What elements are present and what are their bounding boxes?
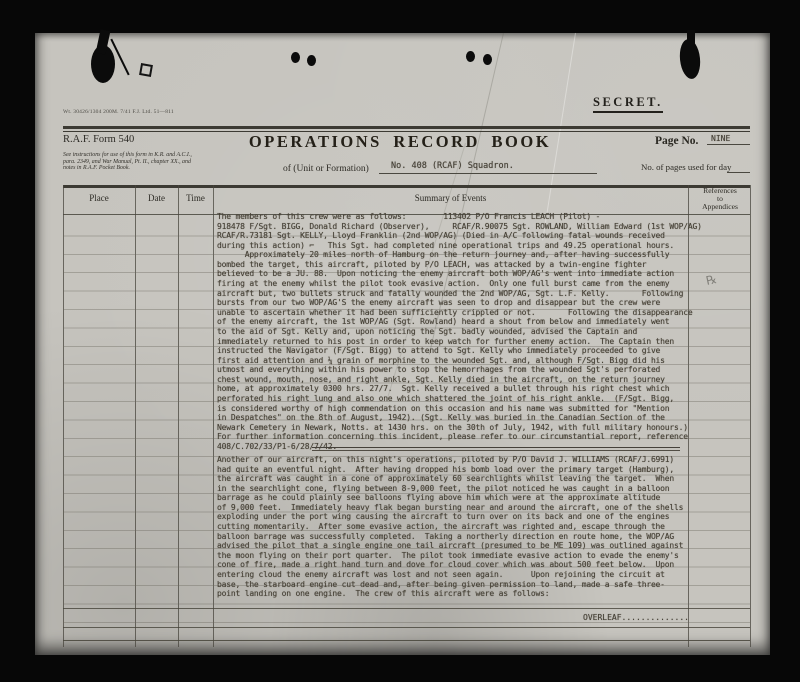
pages-used-underline bbox=[727, 172, 750, 173]
record-book-page: Wt. 30426/1304 200M. 7/41 F.J. Ltd. 51—8… bbox=[35, 33, 770, 655]
column-header-place: Place bbox=[63, 193, 135, 203]
column-header-date: Date bbox=[135, 193, 178, 203]
header-rule-thick bbox=[63, 126, 750, 129]
text-line: See instructions for use of this form in… bbox=[63, 152, 192, 159]
text-line: unable to ascertain whether it had been … bbox=[217, 308, 737, 318]
text-line: in the searchlight cone, flying between … bbox=[217, 484, 737, 494]
text-line: chest wound, mouth, nose, and right ankl… bbox=[217, 375, 737, 385]
unit-label: of (Unit or Formation) bbox=[283, 164, 369, 174]
overleaf-note: OVERLEAF.............. bbox=[583, 613, 689, 622]
text-line: 918478 F/Sgt. BIGG, Donald Richard (Obse… bbox=[217, 222, 737, 232]
text-line: point landing on one engine. The crew of… bbox=[217, 589, 737, 599]
text-line: Newark Cemetery in Newark, Notts. at 143… bbox=[217, 423, 737, 433]
text-line: notes in R.A.F. Pocket Book. bbox=[63, 165, 192, 172]
text-line: to the aid of Sgt. Kelly and, upon notic… bbox=[217, 327, 737, 337]
text-line: perforated his right lung and also one w… bbox=[217, 394, 737, 404]
text-line: immediately returned to his post in orde… bbox=[217, 337, 737, 347]
table-top-rule bbox=[63, 185, 750, 188]
text-line: barrage as he could plainly see balloons… bbox=[217, 493, 737, 503]
text-line: aircraft but, two bullets struck and fat… bbox=[217, 289, 737, 299]
bottom-row-rule bbox=[63, 608, 750, 609]
text-line: The members of this crew were as follows… bbox=[217, 212, 737, 222]
text-line: instructed the Navigator (F/Sgt. Bigg) t… bbox=[217, 346, 737, 356]
text-line: exploding under the port wing causing th… bbox=[217, 512, 737, 522]
hole-punch-dot bbox=[483, 54, 492, 65]
text-line: For further information concerning this … bbox=[217, 432, 737, 442]
text-line: in Despatches" on the 8th of August, 194… bbox=[217, 413, 737, 423]
column-header-summary: Summary of Events bbox=[213, 193, 688, 203]
text-line: had quite an eventful night. After havin… bbox=[217, 465, 737, 475]
text-line: is considered worthy of high commendatio… bbox=[217, 404, 737, 414]
text-line: utmost and everything within his power t… bbox=[217, 365, 737, 375]
column-header-time: Time bbox=[178, 193, 213, 203]
text-line: Another of our aircraft, on this night's… bbox=[217, 455, 737, 465]
text-line: RCAF/R.73181 Sgt. KELLY, Lloyd Franklin … bbox=[217, 231, 737, 241]
paragraph-divider-line bbox=[312, 447, 680, 451]
staple-mark bbox=[139, 63, 153, 77]
text-line: Appendices bbox=[691, 203, 749, 211]
text-line: first aid attention and ¼ grain of morph… bbox=[217, 356, 737, 366]
page-number-underline bbox=[707, 144, 750, 145]
summary-paragraph-2: Another of our aircraft, on this night's… bbox=[217, 455, 737, 599]
text-line: believed to be a JU. 88. Upon noticing t… bbox=[217, 269, 737, 279]
form-print-code: Wt. 30426/1304 200M. 7/41 F.J. Ltd. 51—8… bbox=[63, 109, 174, 115]
text-line: balloon barrage was successfully complet… bbox=[217, 532, 737, 542]
text-line: the aircraft was caught in a cone of app… bbox=[217, 474, 737, 484]
text-line: firing at the enemy whilst the pilot too… bbox=[217, 279, 737, 289]
form-instructions: See instructions for use of this form in… bbox=[63, 152, 192, 172]
bottom-row-rule bbox=[63, 627, 750, 628]
form-number: R.A.F. Form 540 bbox=[63, 134, 134, 145]
text-line: cone of fire, made a right hand turn and… bbox=[217, 560, 737, 570]
text-line: bursts from our two WOP/AG'S the enemy a… bbox=[217, 298, 737, 308]
paper-clip-mark bbox=[687, 30, 695, 46]
unit-value: No. 408 (RCAF) Squadron. bbox=[391, 161, 514, 171]
page-number-label: Page No. bbox=[655, 135, 698, 147]
secret-stamp: SECRET. bbox=[593, 95, 663, 113]
page-number-value: NINE bbox=[711, 134, 730, 143]
table-border-right bbox=[750, 185, 751, 647]
page-title: OPERATIONS RECORD BOOK bbox=[215, 132, 585, 152]
text-line: para. 2349, and War Manual, Pt. II., cha… bbox=[63, 159, 192, 166]
text-line: cutting momentarily. After some evasive … bbox=[217, 522, 737, 532]
column-header-references: ReferencestoAppendices bbox=[691, 187, 749, 212]
unit-underline bbox=[379, 173, 597, 174]
text-line: entering cloud the enemy aircraft was lo… bbox=[217, 570, 737, 580]
scanned-document-canvas: Wt. 30426/1304 200M. 7/41 F.J. Ltd. 51—8… bbox=[0, 0, 800, 682]
text-line: of the enemy aircraft, the 1st WOP/AG (S… bbox=[217, 317, 737, 327]
text-line: during this action) ⌐ This Sgt. had comp… bbox=[217, 241, 737, 251]
pages-used-label: No. of pages used for day bbox=[641, 162, 731, 172]
hole-punch-dot bbox=[291, 52, 300, 63]
hole-punch-dot bbox=[307, 55, 316, 66]
text-line: the moon flying on their port quarter. T… bbox=[217, 551, 737, 561]
summary-paragraph-1: The members of this crew were as follows… bbox=[217, 212, 737, 451]
text-line: home, at approximately 0300 hrs. 27/7. S… bbox=[217, 384, 737, 394]
hole-punch-dot bbox=[466, 51, 475, 62]
text-line: Approximately 20 miles north of Hamburg … bbox=[217, 250, 737, 260]
text-line: base, the starboard engine cut dead and,… bbox=[217, 580, 737, 590]
bottom-row-rule bbox=[63, 640, 750, 641]
text-line: advised the pilot that a single engine o… bbox=[217, 541, 737, 551]
